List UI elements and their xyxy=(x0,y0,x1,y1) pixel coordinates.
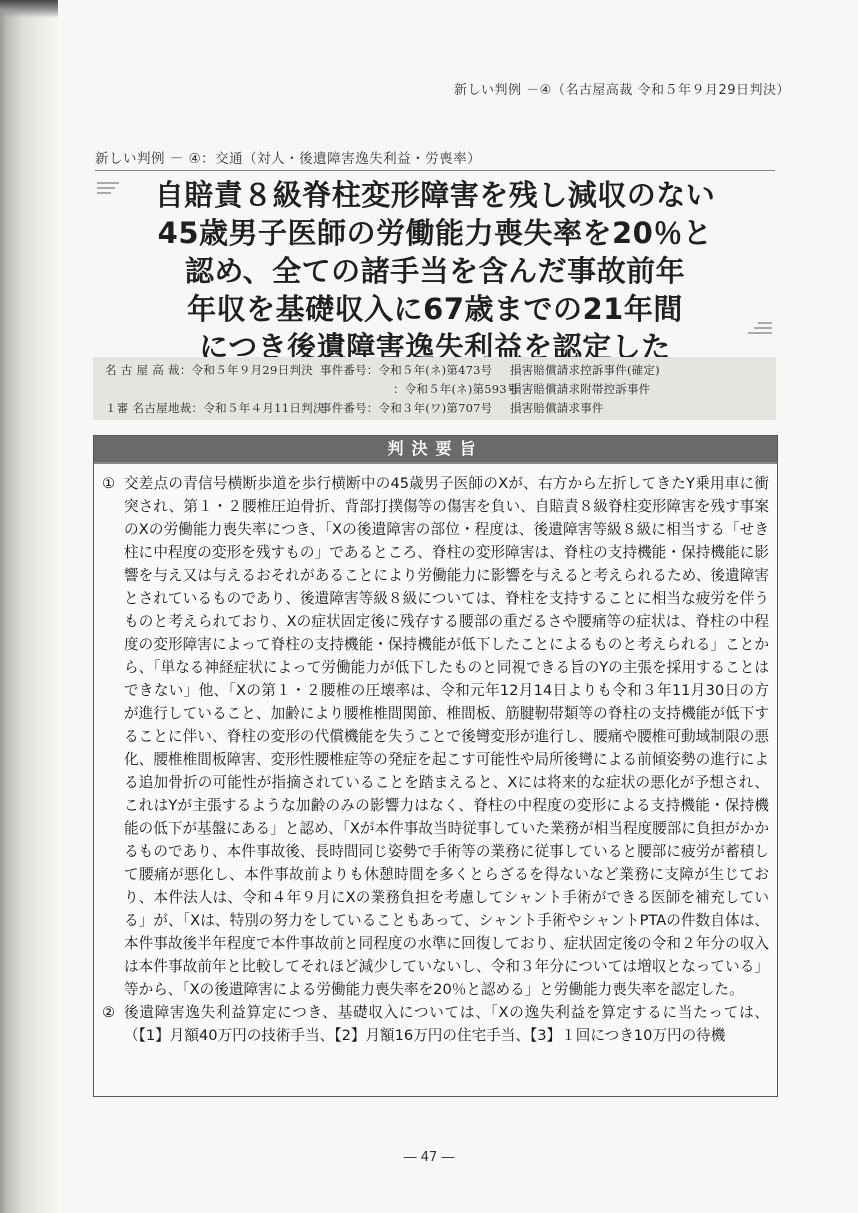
judgment-summary-box: 判決要旨 ① 交差点の青信号横断歩道を歩行横断中の45歳男子医師のXが、右方から… xyxy=(93,435,778,1097)
case-type: 損害賠償請求控訴事件(確定) xyxy=(510,362,660,378)
case-number: 事件番号：令和５年(ネ)第473号 xyxy=(320,362,510,378)
court-and-date: １審 名古屋地裁：令和５年４月11日判決 xyxy=(93,400,320,416)
case-info-row: ：令和５年(ネ)第593号 損害賠償請求附帯控訴事件 xyxy=(93,379,776,398)
case-number: 事件番号：令和３年(ワ)第707号 xyxy=(320,400,510,416)
item-number: ② xyxy=(102,1001,124,1047)
running-header: 新しい判例 －④（名古屋高裁 令和５年９月29日判決） xyxy=(454,79,790,98)
case-type: 損害賠償請求事件 xyxy=(510,400,604,416)
section-label: 新しい判例 － ④：交通（対人・後遺障害逸失利益・労喪率） xyxy=(95,147,775,171)
title-line: 年収を基礎収入に67歳までの21年間 xyxy=(115,290,755,328)
item-number: ① xyxy=(102,472,124,1001)
page-corner-shadow xyxy=(0,0,58,18)
item-text: 交差点の青信号横断歩道を歩行横断中の45歳男子医師のXが、右方から左折してきたY… xyxy=(124,472,769,1001)
case-info-row: 名 古 屋 高 裁：令和５年９月29日判決 事件番号：令和５年(ネ)第473号 … xyxy=(93,360,776,379)
summary-item: ② 後遺障害逸失利益算定につき、基礎収入については、「Xの逸失利益を算定するに当… xyxy=(102,1001,769,1047)
summary-body: ① 交差点の青信号横断歩道を歩行横断中の45歳男子医師のXが、右方から左折してき… xyxy=(94,464,777,1047)
title-line: 認め、全ての諸手当を含んだ事故前年 xyxy=(115,252,755,290)
summary-heading: 判決要旨 xyxy=(94,436,777,464)
book-spine-shadow xyxy=(0,0,58,1213)
item-text: 後遺障害逸失利益算定につき、基礎収入については、「Xの逸失利益を算定するに当たっ… xyxy=(124,1001,769,1047)
case-info-block: 名 古 屋 高 裁：令和５年９月29日判決 事件番号：令和５年(ネ)第473号 … xyxy=(93,357,776,420)
article-title: 自賠責８級脊柱変形障害を残し減収のない 45歳男子医師の労働能力喪失率を20％と… xyxy=(115,176,755,366)
summary-item: ① 交差点の青信号横断歩道を歩行横断中の45歳男子医師のXが、右方から左折してき… xyxy=(102,472,769,1001)
case-type: 損害賠償請求附帯控訴事件 xyxy=(510,381,650,397)
title-line: 自賠責８級脊柱変形障害を残し減収のない xyxy=(115,176,755,214)
page-number: ― 47 ― xyxy=(0,1150,858,1165)
title-line: 45歳男子医師の労働能力喪失率を20％と xyxy=(115,214,755,252)
case-number: ：令和５年(ネ)第593号 xyxy=(320,381,510,397)
case-info-row: １審 名古屋地裁：令和５年４月11日判決 事件番号：令和３年(ワ)第707号 損… xyxy=(93,398,776,417)
court-and-date: 名 古 屋 高 裁：令和５年９月29日判決 xyxy=(93,362,320,378)
